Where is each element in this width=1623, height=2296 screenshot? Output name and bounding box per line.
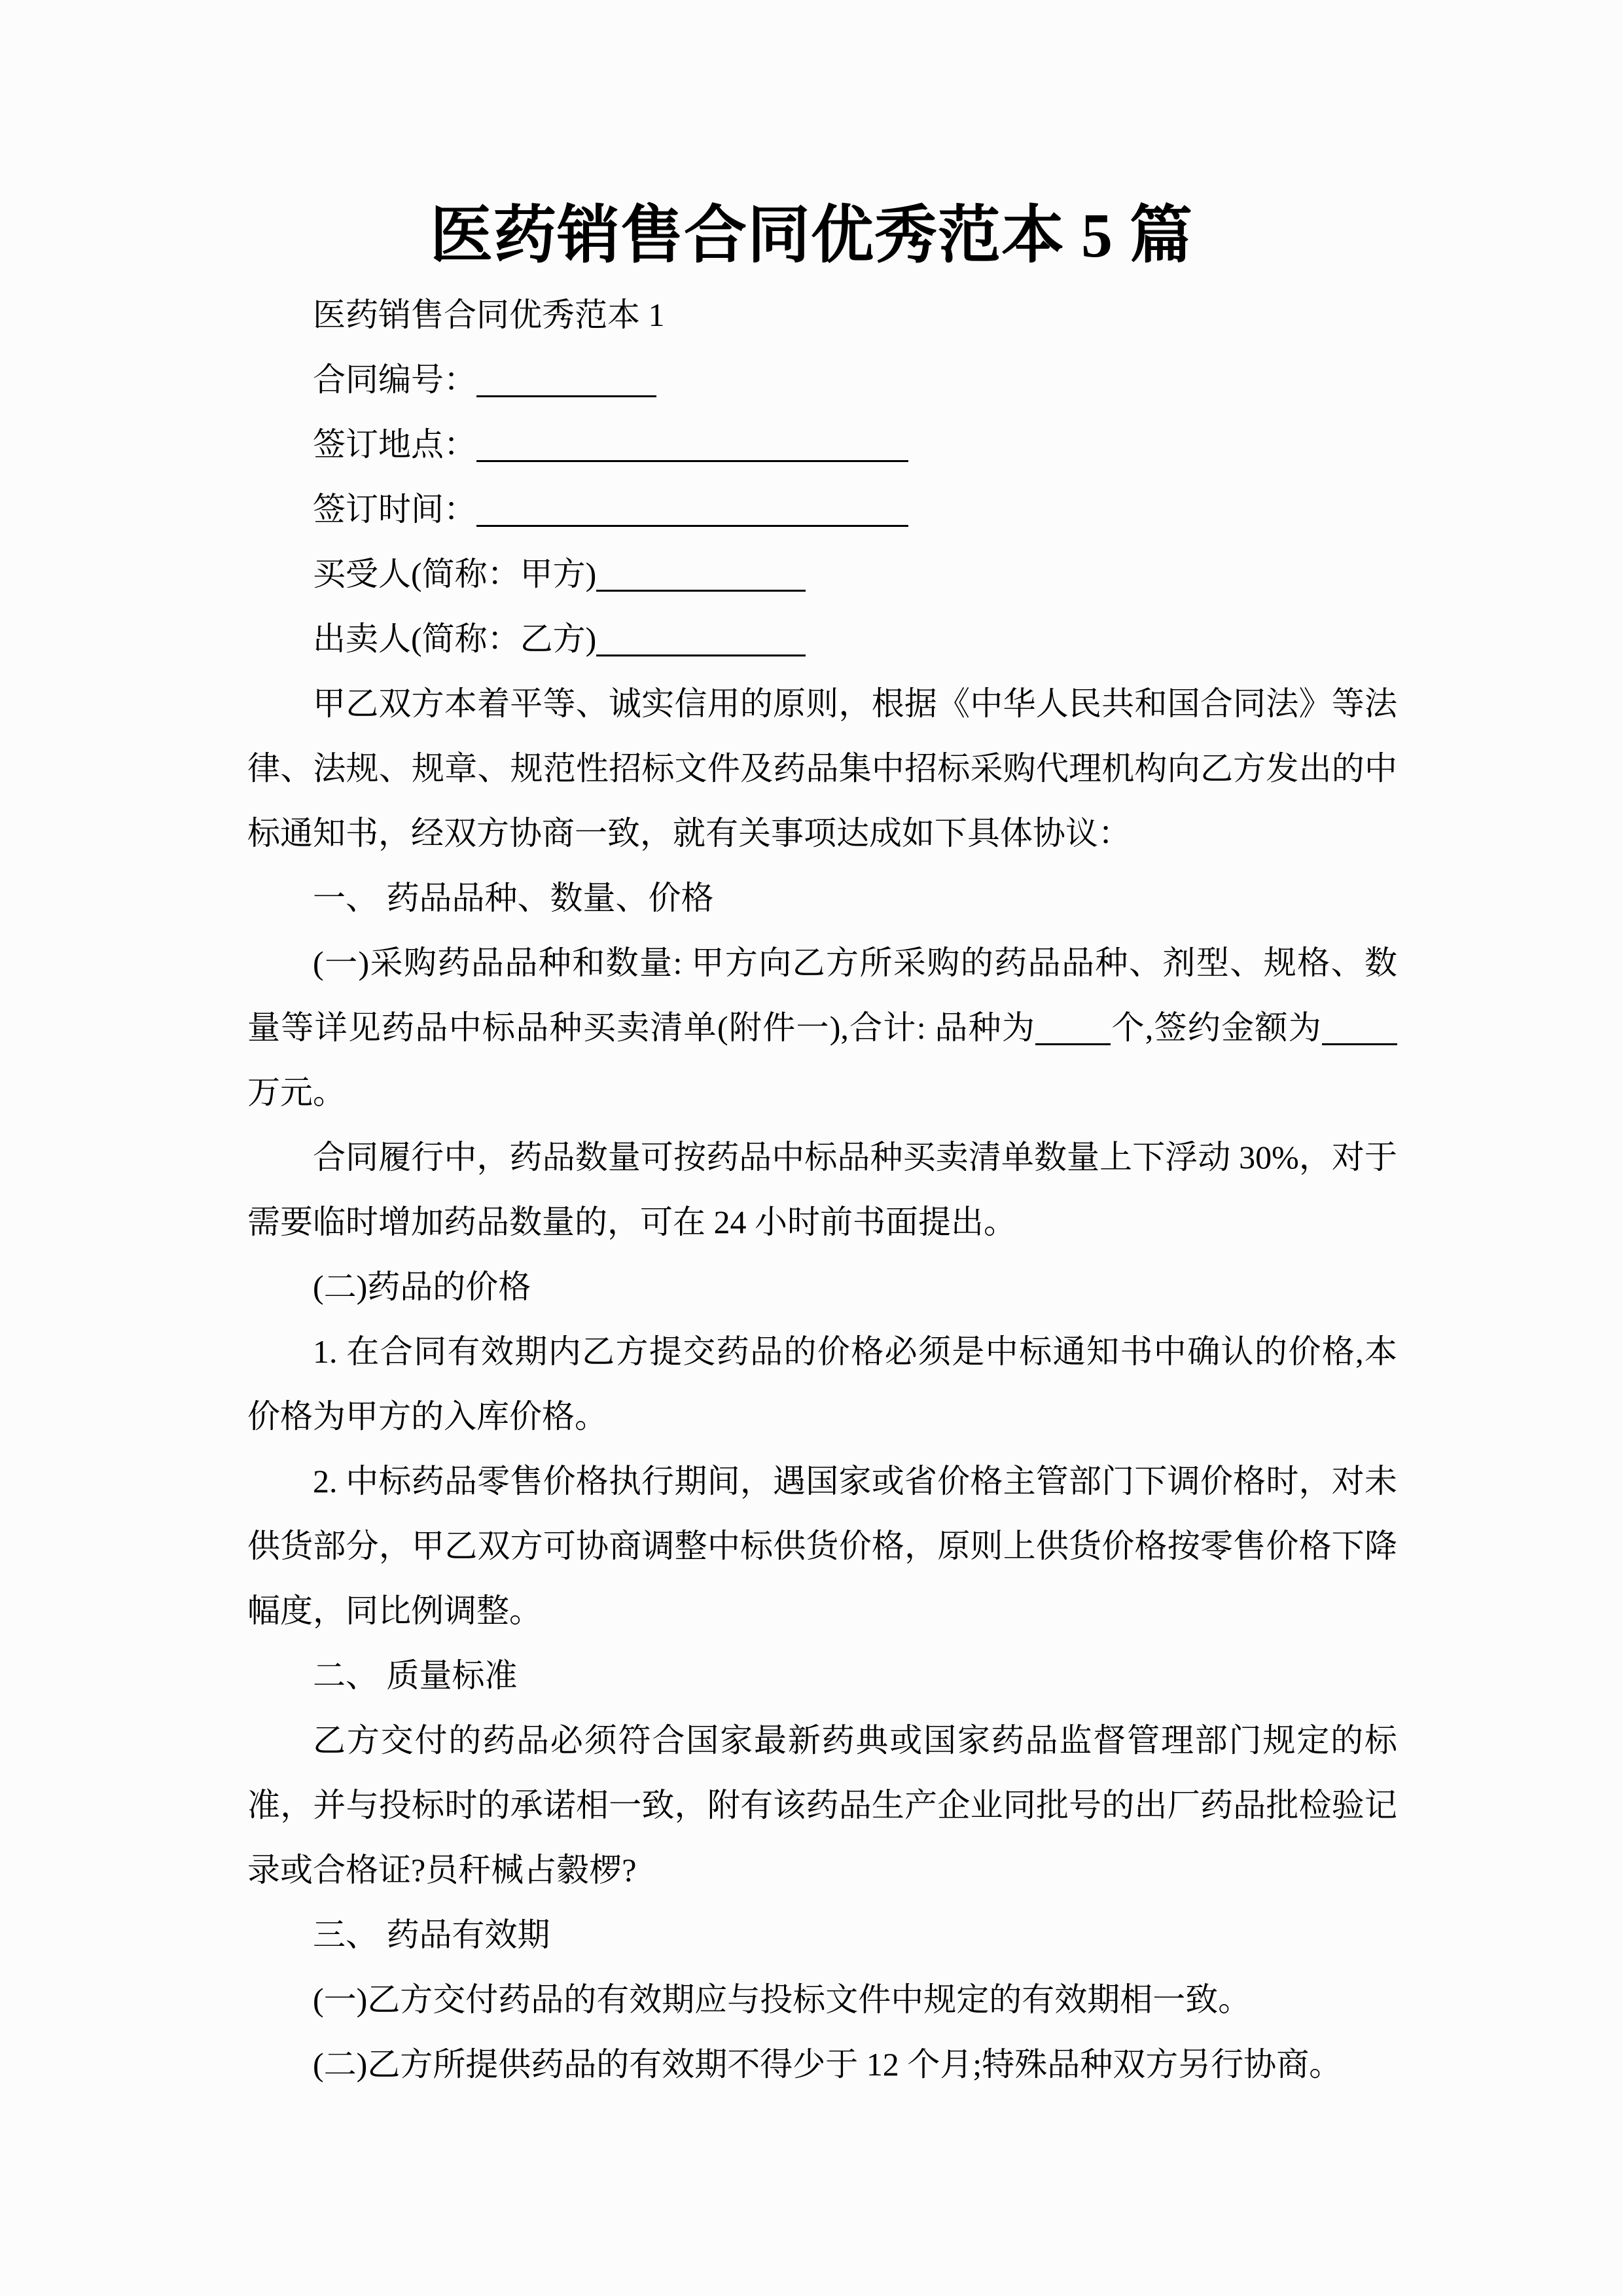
section1-item1-suffix: 万元。 xyxy=(247,1074,346,1111)
section1-heading: 一、 药品品种、数量、价格 xyxy=(247,866,1397,931)
variety-count-blank xyxy=(1035,1016,1111,1045)
contract-number-label: 合同编号： xyxy=(313,361,476,398)
seller-label: 出卖人(简称：乙方) xyxy=(313,620,596,657)
field-buyer: 买受人(简称：甲方) xyxy=(247,542,1397,607)
section2-heading: 二、 质量标准 xyxy=(247,1643,1397,1708)
section1-item1-mid: 个,签约金额为 xyxy=(1111,1009,1322,1046)
contract-number-blank xyxy=(476,368,656,397)
section1-item1b-paragraph: 合同履行中，药品数量可按药品中标品种买卖清单数量上下浮动 30%，对于需要临时增… xyxy=(247,1125,1397,1255)
section1-item1-paragraph: (一)采购药品品种和数量: 甲方向乙方所采购的药品品种、剂型、规格、数量等详见药… xyxy=(247,931,1397,1125)
signing-place-label: 签订地点： xyxy=(313,426,476,463)
quality-paragraph: 乙方交付的药品必须符合国家最新药典或国家药品监督管理部门规定的标准，并与投标时的… xyxy=(247,1708,1397,1903)
buyer-blank xyxy=(596,562,806,592)
signing-place-blank xyxy=(476,433,908,462)
contract-document-page: 医药销售合同优秀范本 5 篇 医药销售合同优秀范本 1 合同编号： 签订地点： … xyxy=(0,0,1623,2296)
price-clause-2: 2. 中标药品零售价格执行期间，遇国家或省价格主管部门下调价格时，对未供货部分，… xyxy=(247,1449,1397,1643)
signing-date-blank xyxy=(476,497,908,527)
price-clause-1: 1. 在合同有效期内乙方提交药品的价格必须是中标通知书中确认的价格,本价格为甲方… xyxy=(247,1319,1397,1449)
document-title: 医药销售合同优秀范本 5 篇 xyxy=(0,196,1623,275)
buyer-label: 买受人(简称：甲方) xyxy=(313,556,596,592)
field-signing-place: 签订地点： xyxy=(247,412,1397,477)
field-seller: 出卖人(简称：乙方) xyxy=(247,607,1397,672)
section1-item2-heading: (二)药品的价格 xyxy=(247,1255,1397,1319)
signing-date-label: 签订时间： xyxy=(313,491,476,528)
seller-blank xyxy=(596,627,806,656)
section3-heading: 三、 药品有效期 xyxy=(247,1903,1397,1967)
intro-paragraph: 甲乙双方本着平等、诚实信用的原则，根据《中华人民共和国合同法》等法律、法规、规章… xyxy=(247,672,1397,866)
validity-clause-2: (二)乙方所提供药品的有效期不得少于 12 个月;特殊品种双方另行协商。 xyxy=(247,2032,1397,2097)
validity-clause-1: (一)乙方交付药品的有效期应与投标文件中规定的有效期相一致。 xyxy=(247,1967,1397,2032)
field-contract-number: 合同编号： xyxy=(247,348,1397,412)
document-subtitle: 医药销售合同优秀范本 1 xyxy=(247,283,1397,348)
field-signing-date: 签订时间： xyxy=(247,477,1397,542)
contract-amount-blank xyxy=(1322,1016,1397,1045)
